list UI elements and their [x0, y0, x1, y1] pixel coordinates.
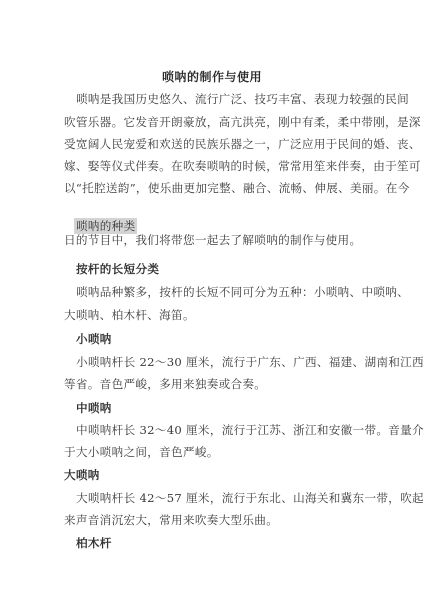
- paragraph-line: 小唢呐杆长 22～30 厘米，流行于广东、广西、福建、湖南和江西: [76, 354, 424, 370]
- section-heading: 中唢呐: [76, 400, 112, 416]
- paragraph-line: 以“托腔送韵”，使乐曲更加完整、融合、流畅、伸展、美丽。在今: [64, 180, 409, 196]
- section-heading: 柏木杆: [76, 535, 112, 551]
- document-page: 唢呐的制作与使用 唢呐是我国历史悠久、流行广泛、技巧丰富、表现力较强的民间 吹管…: [0, 0, 424, 600]
- paragraph-line: 受宽阔人民宠爱和欢送的民族乐器之一，广泛应用于民间的婚、丧、: [64, 136, 421, 152]
- paragraph-line: 于大小唢呐之间，音色严峻。: [64, 444, 219, 460]
- paragraph-line: 唢呐品种繁多，按杆的长短不同可分为五种：小唢呐、中唢呐、: [76, 284, 409, 300]
- paragraph-line: 来声音消沉宏大，常用来吹奏大型乐曲。: [64, 512, 278, 528]
- paragraph-line: 吹管乐器。它发音开朗豪放，高亢洪亮，刚中有柔，柔中带刚，是深: [64, 114, 421, 130]
- section-heading: 小唢呐: [76, 331, 112, 347]
- paragraph-line: 大唢呐、柏木杆、海笛。: [64, 307, 195, 323]
- paragraph-line: 日的节目中，我们将带您一起去了解唢呐的制作与使用。: [64, 232, 361, 248]
- paragraph-line: 唢呐是我国历史悠久、流行广泛、技巧丰富、表现力较强的民间: [76, 91, 409, 107]
- section-heading: 大唢呐: [64, 467, 100, 483]
- paragraph-line: 中唢呐杆长 32～40 厘米，流行于江苏、浙江和安徽一带。音量介: [76, 422, 424, 438]
- section-heading: 按杆的长短分类: [76, 261, 159, 277]
- paragraph-line: 大唢呐杆长 42～57 厘米，流行于东北、山海关和冀东一带，吹起: [76, 490, 424, 506]
- paragraph-line: 嫁、娶等仪式伴奏。在吹奏唢呐的时候，常常用笙来伴奏，由于笙可: [64, 158, 421, 174]
- paragraph-line: 等省。音色严峻，多用来独奏或合奏。: [64, 376, 266, 392]
- page-title: 唢呐的制作与使用: [0, 68, 424, 85]
